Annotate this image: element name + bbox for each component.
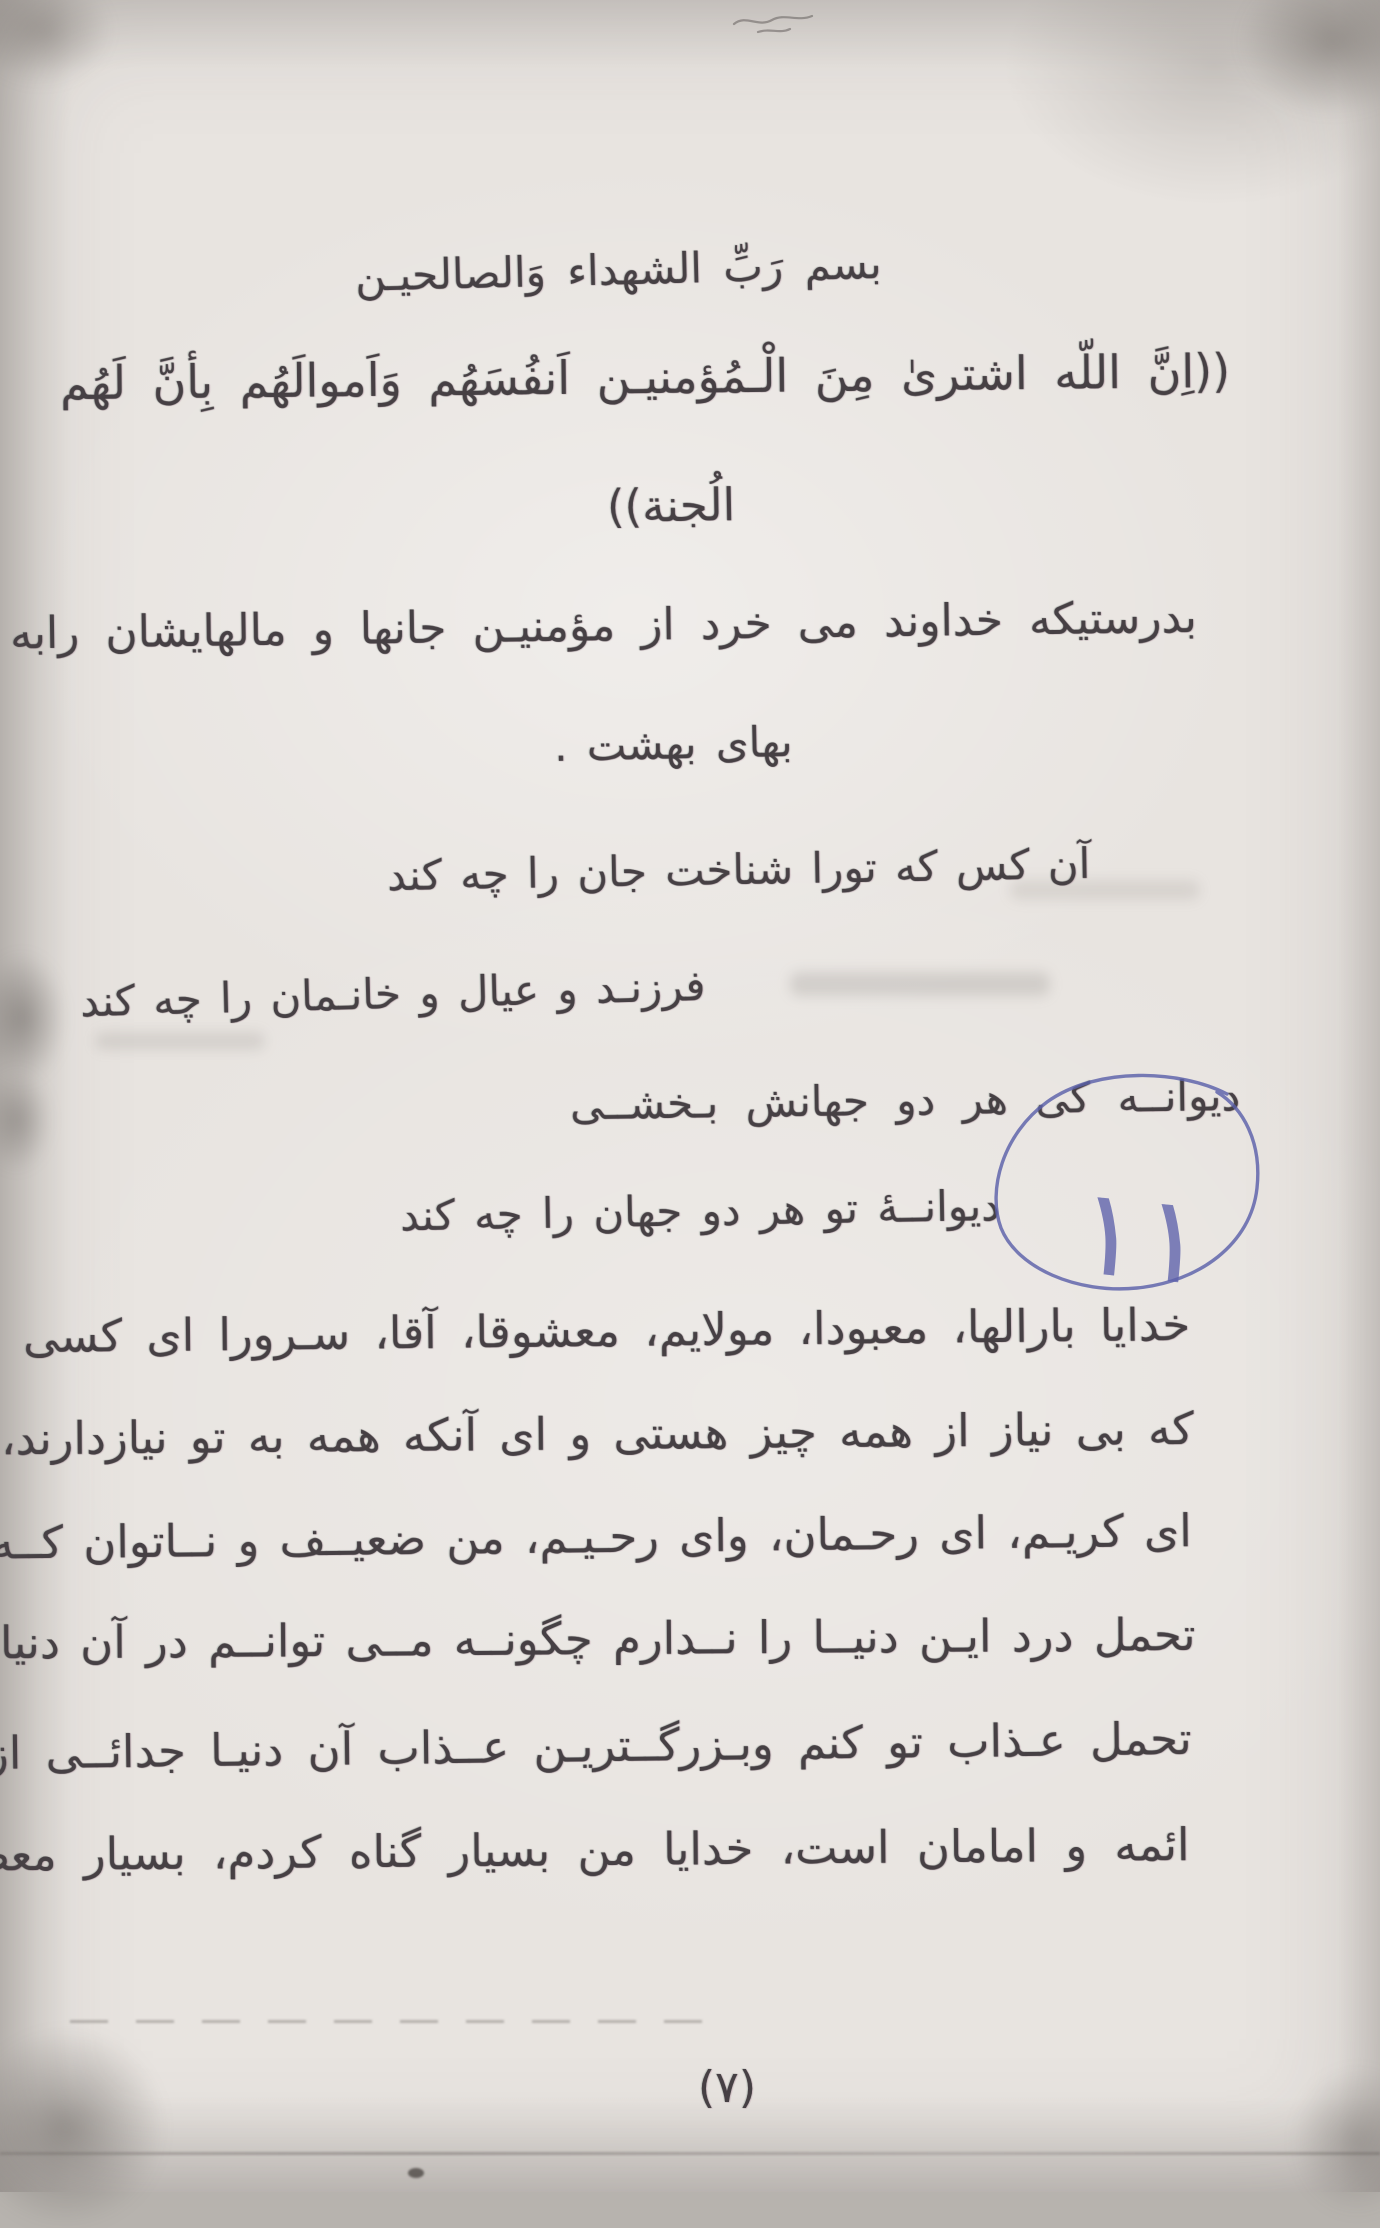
scan-smudge-left-lower xyxy=(0,1068,52,1172)
paragraph-line-4: تحمل درد ايـن دنيــا را نــدارم چگونــه … xyxy=(0,1602,1196,1676)
paragraph-line-2: که بی نياز از همه چيز هستی و ای آنکه همه… xyxy=(1,1396,1194,1472)
circled-number: ١١ xyxy=(1070,1162,1213,1303)
page-number: (٧) xyxy=(698,2056,756,2120)
translation-line-2: بهای بهشت . xyxy=(554,712,794,778)
scan-shadow-bottom-left-corner xyxy=(0,2028,166,2192)
scan-shadow-bottom-right-corner xyxy=(1292,2066,1380,2192)
quran-verse-line-2: الُجنة)) xyxy=(606,472,735,539)
scanned-document-page: بسم رَبِّ الشهداء وَالصالحيـن ((اِنَّ ال… xyxy=(0,0,1380,2192)
scan-smudge-left-upper xyxy=(0,952,66,1084)
poem-hemistich-2: فرزنـد و عيال و خانـمان را چه کند xyxy=(79,956,706,1033)
blue-pen-circle-annotation: ١١ xyxy=(985,1068,1275,1303)
paper-crease-line-bottom xyxy=(0,2152,1380,2155)
scan-shadow-top-right-corner xyxy=(1238,0,1380,116)
scan-streak xyxy=(95,1032,265,1050)
poem-hemistich-4: ديوانــهٔ تو هر دو جهان را چه کند xyxy=(400,1176,1001,1247)
poem-hemistich-1: آن کس که تورا شناخت جان را چه کند xyxy=(386,834,1090,907)
scan-streak xyxy=(790,972,1050,996)
faint-top-edge-mark xyxy=(728,2,818,42)
paragraph-line-5: تحمل عـذاب تو کنم وبـزرگــتريـن عــذاب آ… xyxy=(0,1706,1192,1786)
paragraph-line-6: ائمه و امامان است، خدايا من بسيار گناه ک… xyxy=(0,1812,1190,1888)
paragraph-line-1: خدايا بارالها، معبودا، مولايم، معشوقا، آ… xyxy=(23,1292,1191,1369)
bismillah-line: بسم رَبِّ الشهداء وَالصالحيـن xyxy=(355,234,883,308)
paragraph-line-3: ای کريـم، ای رحـمان، وای رحـيـم، من ضعيـ… xyxy=(0,1498,1192,1576)
scan-shadow-top-left-corner xyxy=(0,0,112,86)
paper-crease-line xyxy=(70,2020,720,2023)
translation-line-1: بدرستيكه خداوند می خرد از مؤمنيـن جانها … xyxy=(10,586,1198,666)
ink-spot xyxy=(408,2168,424,2178)
quran-verse-line-1: ((اِنَّ اللّه اشترىٰ مِنَ الْـمُؤمنيـن ا… xyxy=(60,338,1231,417)
